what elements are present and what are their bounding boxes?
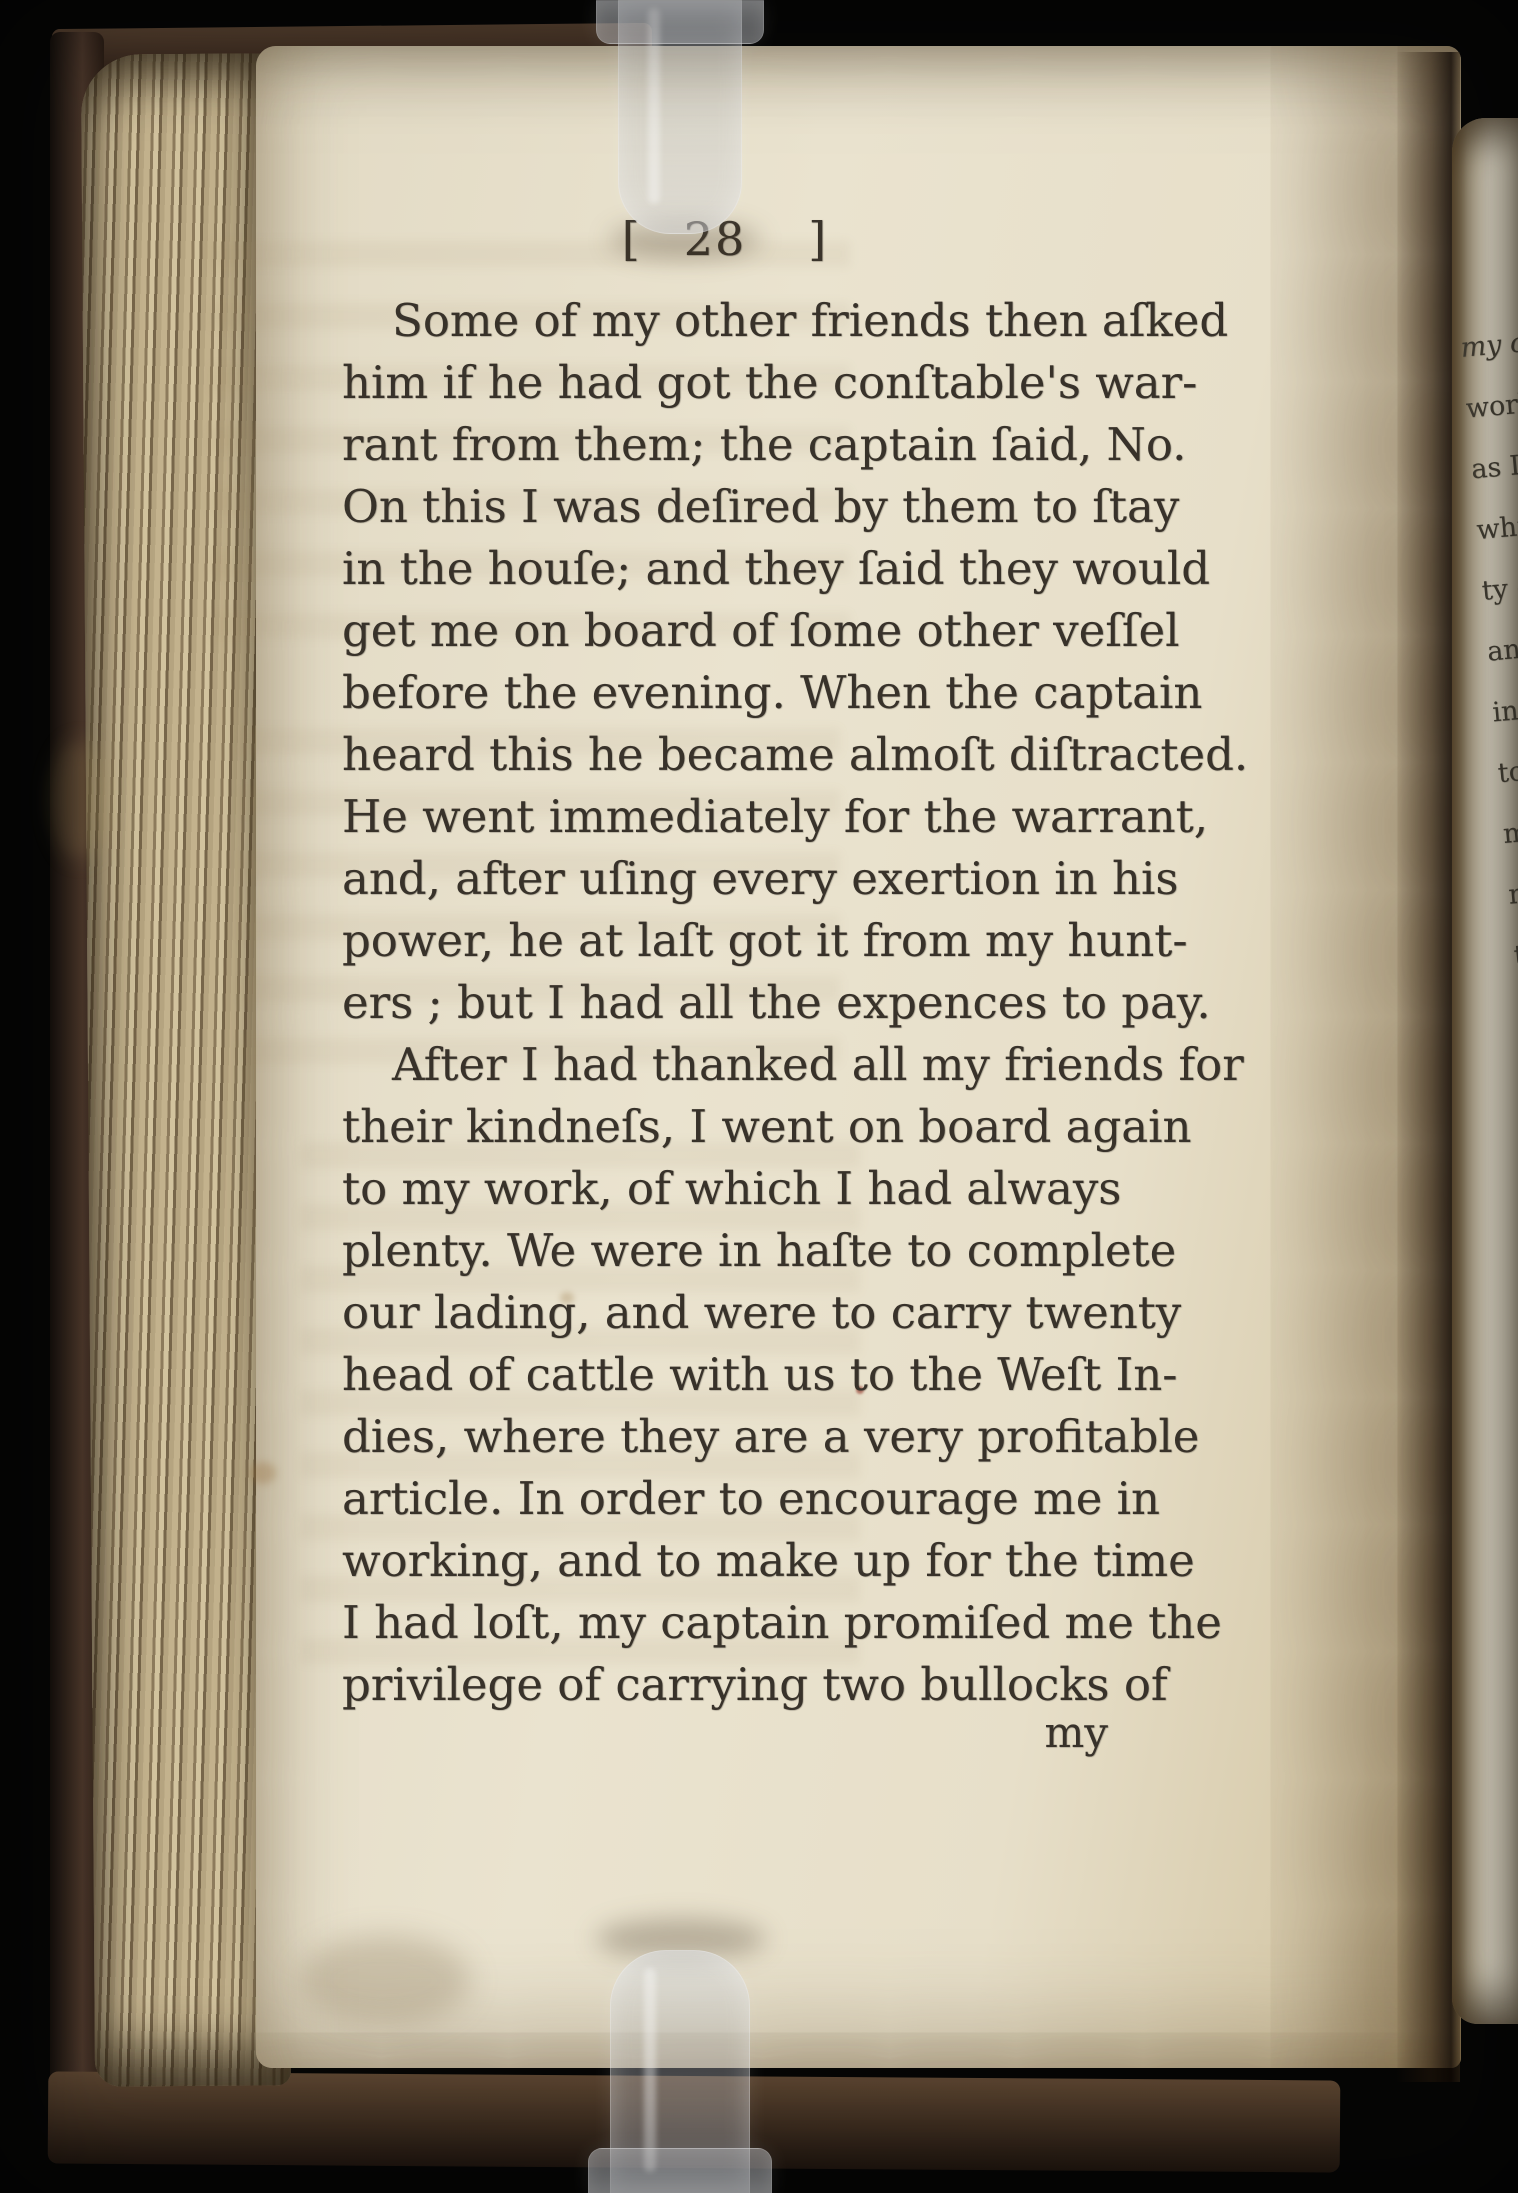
- text-line: power, he at laſt got it from my hunt-: [342, 910, 1108, 972]
- header-close-bracket: ]: [808, 212, 828, 266]
- text-line: After I had thanked all my friends for: [342, 1034, 1108, 1096]
- text-line: him if he had got the conſtable's war-: [342, 352, 1108, 414]
- facing-page-text-fragment: work w: [1463, 367, 1518, 440]
- text-line: On this I was deſired by them to ſtay: [342, 476, 1108, 538]
- text-line: privilege of carrying two bullocks of: [342, 1654, 1108, 1716]
- text-line: before the evening. When the captain: [342, 662, 1108, 724]
- facing-page-text-fragment: my ow: [1458, 306, 1518, 379]
- text-line: our lading, and were to carry twenty: [342, 1282, 1108, 1344]
- paragraph-1: Some of my other friends then aſked him …: [342, 290, 1108, 1034]
- text-line: working, and to make up for the time: [342, 1530, 1108, 1592]
- facing-page-text-fragment: and tha: [1485, 610, 1518, 683]
- paragraph-2: After I had thanked all my friends for t…: [342, 1034, 1108, 1716]
- plastic-clip-bottom-flange: [588, 2148, 772, 2193]
- text-line: rant from them; the captain ſaid, No.: [342, 414, 1108, 476]
- facing-page-text-fragment: to bri: [1495, 731, 1518, 804]
- text-line: dies, where they are a very profitable: [342, 1406, 1108, 1468]
- facing-page-text-fragment: as I ha: [1469, 427, 1518, 500]
- plastic-clip-top-flange: [596, 0, 764, 44]
- text-line: to my work, of which I had always: [342, 1158, 1108, 1220]
- text-line: He went immediately for the warrant,: [342, 786, 1108, 848]
- text-line: get me on board of ſome other veſſel: [342, 600, 1108, 662]
- text-line: Some of my other friends then aſked: [342, 290, 1108, 352]
- text-line: ers ; but I had all the expences to pay.: [342, 972, 1108, 1034]
- text-line: and, after uſing every exertion in his: [342, 848, 1108, 910]
- text-line: in the houſe; and they ſaid they would: [342, 538, 1108, 600]
- facing-page-text-fragment: ing on: [1490, 670, 1518, 743]
- facing-page-text-fragment: which I: [1474, 488, 1518, 561]
- text-line: head of cattle with us to the Weſt In-: [342, 1344, 1108, 1406]
- book-photo: [28] Some of my other friends then aſked…: [0, 0, 1518, 2193]
- body-text: Some of my other friends then aſked him …: [342, 290, 1108, 1716]
- text-line: article. In order to encourage me in: [342, 1468, 1108, 1530]
- text-line: heard this he became almoſt diſtracted.: [342, 724, 1108, 786]
- catchword: my: [342, 1708, 1108, 1757]
- text-line: plenty. We were in haſte to complete: [342, 1220, 1108, 1282]
- text-line: their kindneſs, I went on board again: [342, 1096, 1108, 1158]
- text-line: I had loſt, my captain promiſed me the: [342, 1592, 1108, 1654]
- facing-page-text-fragment: ty of th: [1479, 549, 1518, 622]
